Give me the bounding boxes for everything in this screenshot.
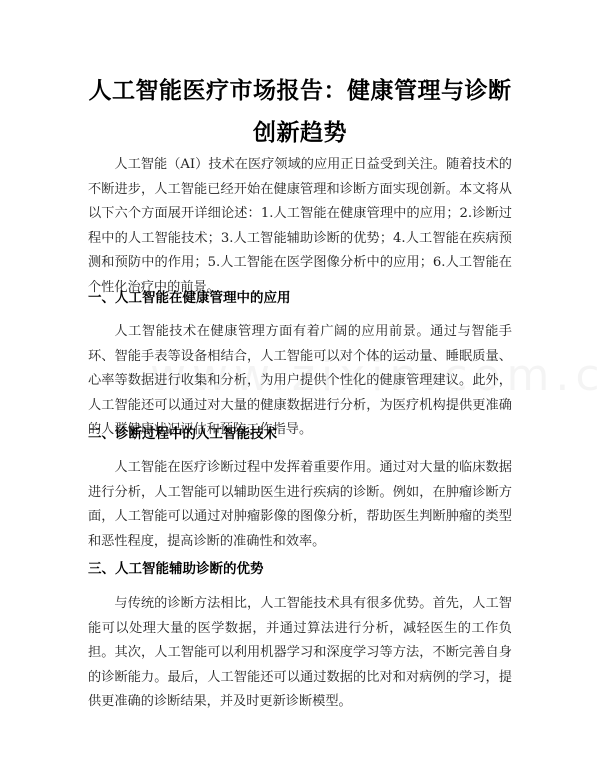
document-title: 人工智能医疗市场报告：健康管理与诊断创新趋势 <box>88 70 512 154</box>
section-body-3: 与传统的诊断方法相比，人工智能技术具有很多优势。首先，人工智能可以处理大量的医学… <box>88 592 512 715</box>
section-body-2: 人工智能在医疗诊断过程中发挥着重要作用。通过对大量的临床数据进行分析，人工智能可… <box>88 456 512 554</box>
section-heading-1: 一、人工智能在健康管理中的应用 <box>88 288 512 308</box>
intro-paragraph: 人工智能（AI）技术在医疗领域的应用正日益受到关注。随着技术的不断进步，人工智能… <box>88 153 512 300</box>
section-heading-2: 二、诊断过程中的人工智能技术 <box>88 424 512 444</box>
section-heading-3: 三、人工智能辅助诊断的优势 <box>88 559 512 579</box>
